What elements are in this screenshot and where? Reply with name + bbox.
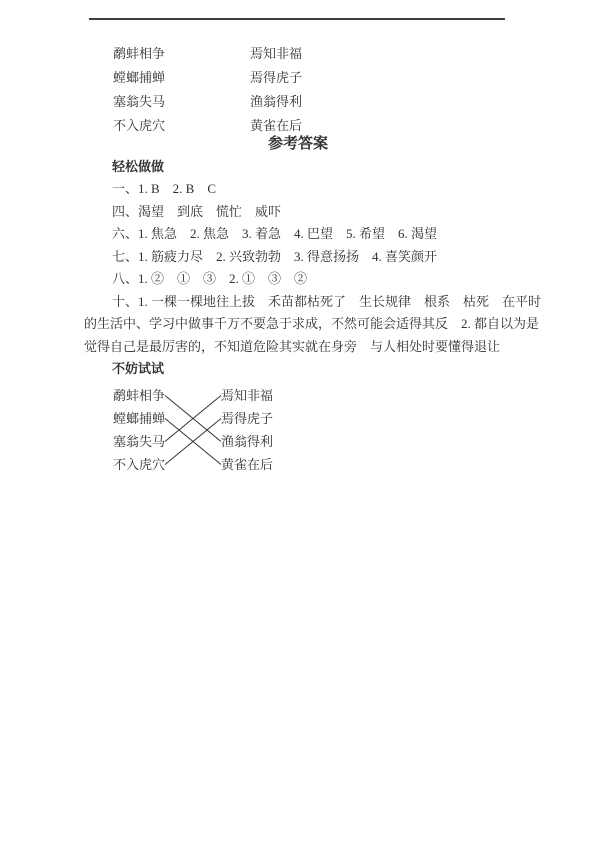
- answer-paragraph-ten-line: 的生活中、学习中做事千万不要急于求成，不然可能会适得其反 2. 都自以为是: [84, 313, 540, 336]
- worksheet-page: 鹬蚌相争 焉知非福 螳螂捕蝉 焉得虎子 塞翁失马 渔翁得利 不入虎穴 黄雀在后 …: [0, 0, 596, 842]
- idiom-right: 焉知非福: [250, 42, 302, 66]
- section-heading-try: 不妨试试: [84, 358, 540, 381]
- answer-line-seven: 七、1. 筋疲力尽 2. 兴致勃勃 3. 得意扬扬 4. 喜笑颜开: [84, 246, 540, 269]
- idiom-left: 鹬蚌相争: [113, 42, 250, 66]
- match-question-row: 螳螂捕蝉 焉得虎子: [113, 66, 302, 90]
- idiom-right: 焉得虎子: [250, 66, 302, 90]
- answer-line-six: 六、1. 焦急 2. 焦急 3. 着急 4. 巴望 5. 希望 6. 渴望: [84, 223, 540, 246]
- answers-title: 参考答案: [84, 133, 512, 156]
- answer-line-eight: 八、1. ② ① ③ 2. ① ③ ②: [84, 268, 540, 291]
- answer-line-four: 四、渴望 到底 慌忙 威吓: [84, 201, 540, 224]
- match-question: 鹬蚌相争 焉知非福 螳螂捕蝉 焉得虎子 塞翁失马 渔翁得利 不入虎穴 黄雀在后: [113, 42, 302, 138]
- idiom-right: 渔翁得利: [221, 430, 273, 453]
- answer-paragraph-ten-line: 十、1. 一棵一棵地往上拔 禾苗都枯死了 生长规律 根系 枯死 在平时: [84, 291, 540, 314]
- idiom-left: 塞翁失马: [113, 90, 250, 114]
- match-question-row: 塞翁失马 渔翁得利: [113, 90, 302, 114]
- answer-paragraph-ten-line: 觉得自己是最厉害的，不知道危险其实就在身旁 与人相处时要懂得退让: [84, 336, 540, 359]
- reference-answers-section: 参考答案 轻松做做 一、1. B 2. B C 四、渴望 到底 慌忙 威吓 六、…: [84, 133, 540, 381]
- match-connection-lines: [160, 386, 226, 474]
- idiom-right: 渔翁得利: [250, 90, 302, 114]
- section-heading-warmup: 轻松做做: [84, 156, 540, 179]
- idiom-right: 焉得虎子: [221, 407, 273, 430]
- idiom-right: 焉知非福: [221, 384, 273, 407]
- match-question-row: 鹬蚌相争 焉知非福: [113, 42, 302, 66]
- idiom-left: 螳螂捕蝉: [113, 66, 250, 90]
- idiom-right: 黄雀在后: [221, 453, 273, 476]
- answer-line-one: 一、1. B 2. B C: [84, 178, 540, 201]
- top-divider-rule: [89, 18, 505, 20]
